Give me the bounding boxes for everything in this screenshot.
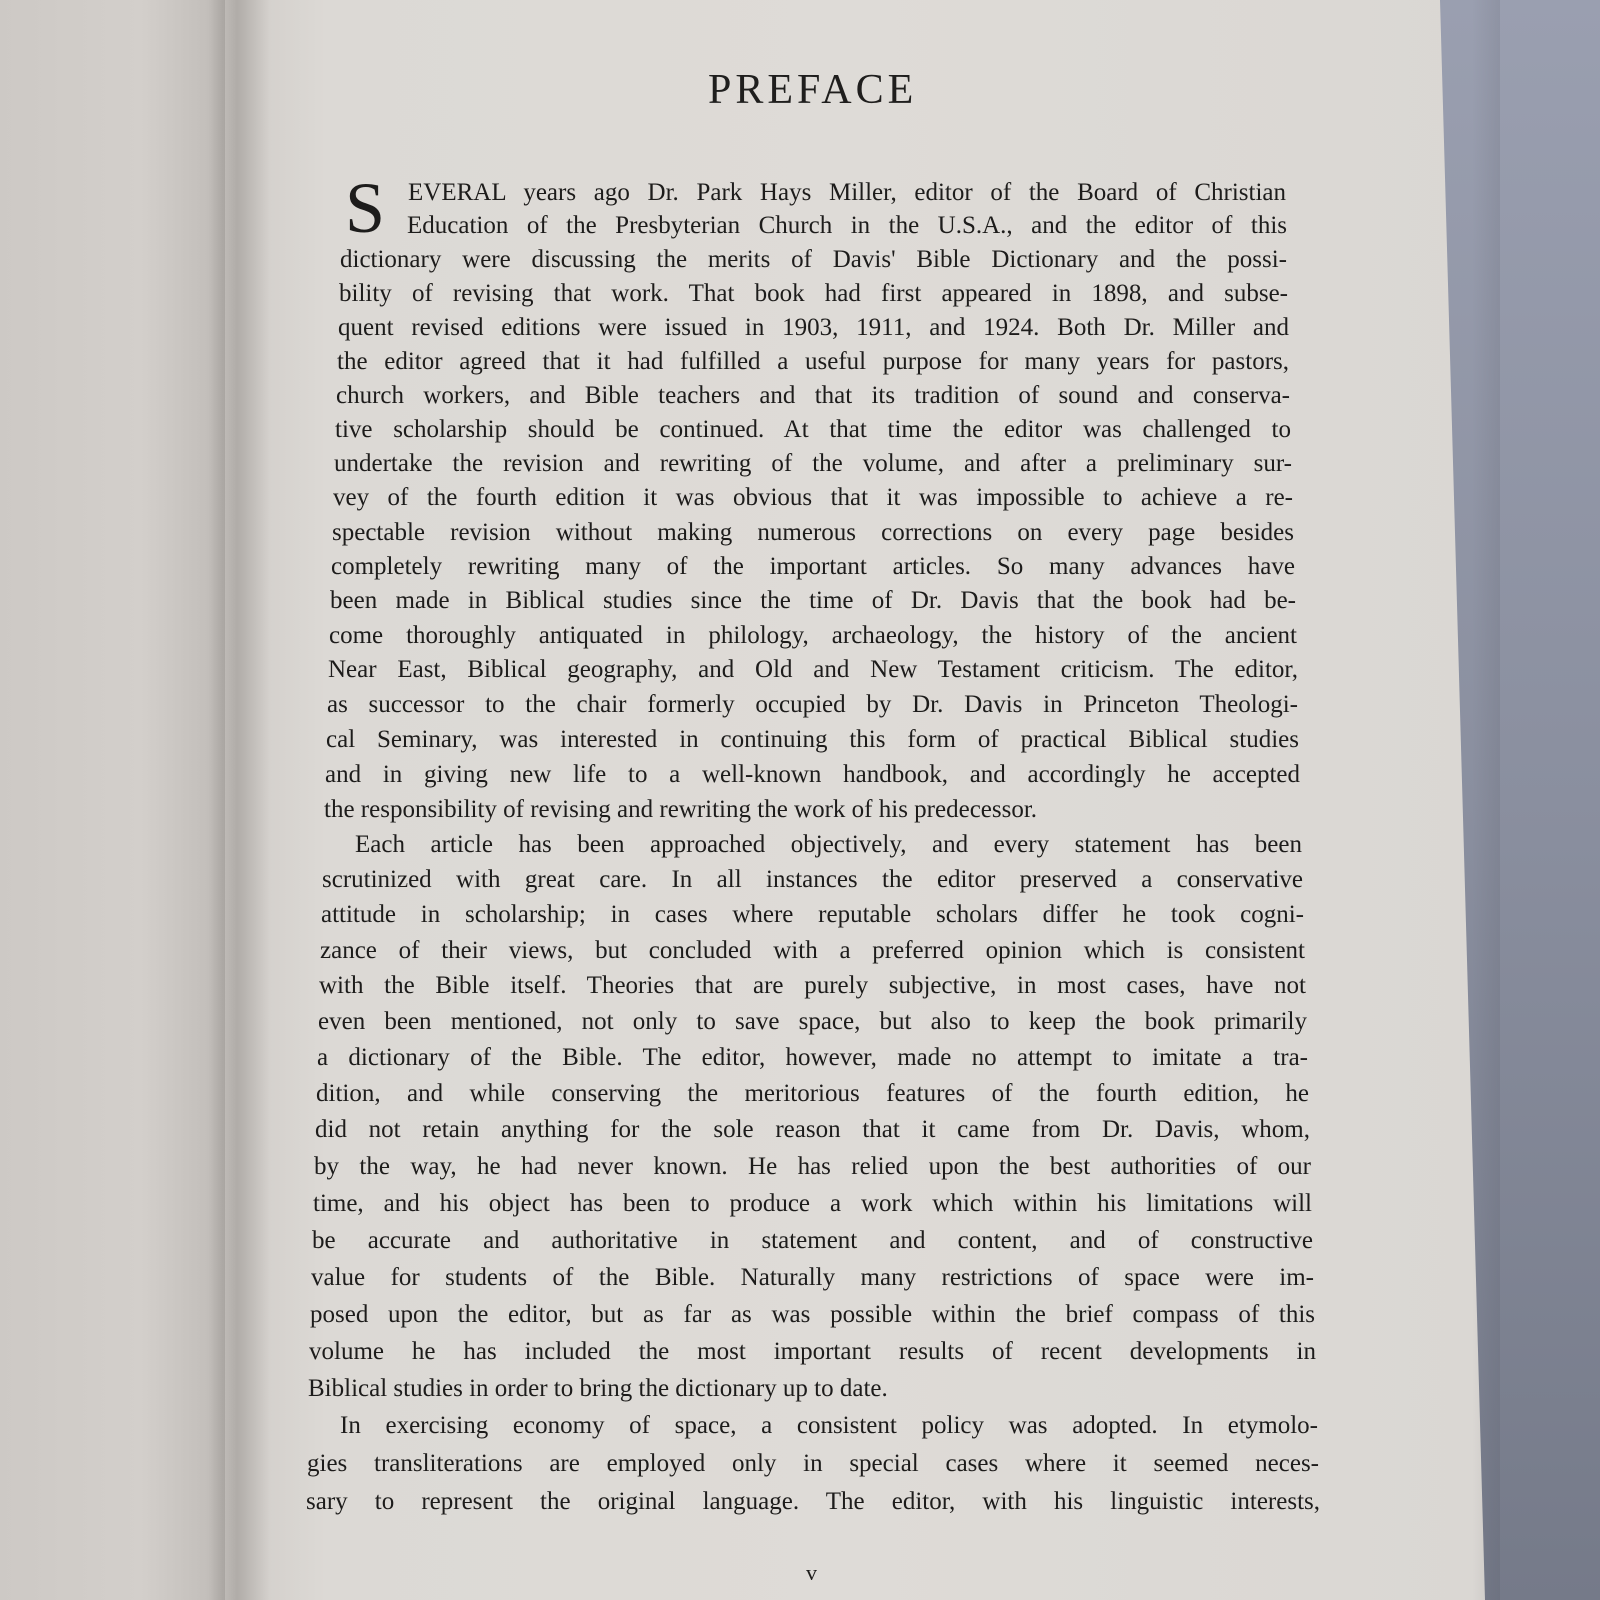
text-line: dictionary were discussing the merits of… [340, 245, 1287, 275]
text-line: time, and his object has been to produce… [313, 1189, 1312, 1219]
text-line: church workers, and Bible teachers and t… [336, 381, 1290, 411]
text-line: quent revised editions were issued in 19… [338, 313, 1289, 343]
page-title: PREFACE [708, 66, 917, 114]
text-line: completely rewriting many of the importa… [331, 552, 1295, 582]
text-line: spectable revision without making numero… [332, 518, 1294, 548]
text-line: the editor agreed that it had fulfilled … [337, 347, 1289, 377]
text-line: zance of their views, but concluded with… [320, 936, 1305, 966]
text-line: as successor to the chair formerly occup… [327, 690, 1298, 720]
text-line: the responsibility of revising and rewri… [324, 795, 1204, 825]
text-line: a dictionary of the Bible. The editor, h… [317, 1043, 1308, 1073]
text-line: with the Bible itself. Theories that are… [319, 971, 1306, 1001]
text-line: cal Seminary, was interested in continui… [326, 725, 1299, 755]
left-page [0, 0, 235, 1600]
text-line: volume he has included the most importan… [309, 1337, 1316, 1367]
text-line: vey of the fourth edition it was obvious… [333, 483, 1293, 513]
text-line: even been mentioned, not only to save sp… [318, 1007, 1307, 1037]
book-gutter [210, 0, 270, 1600]
text-line: undertake the revision and rewriting of … [334, 449, 1292, 479]
text-line: In exercising economy of space, a consis… [340, 1411, 1318, 1441]
text-line: EVERAL years ago Dr. Park Hays Miller, e… [408, 178, 1286, 208]
page-number: v [806, 1560, 817, 1586]
text-line: attitude in scholarship; in cases where … [321, 900, 1304, 930]
text-line: did not retain anything for the sole rea… [315, 1115, 1310, 1145]
text-line: value for students of the Bible. Natural… [311, 1263, 1314, 1293]
text-line: been made in Biblical studies since the … [330, 586, 1296, 616]
drop-cap: S [345, 172, 385, 244]
text-line: scrutinized with great care. In all inst… [322, 865, 1303, 895]
text-line: tive scholarship should be continued. At… [335, 415, 1291, 445]
text-line: bility of revising that work. That book … [339, 279, 1288, 309]
text-line: gies transliterations are employed only … [307, 1449, 1319, 1479]
text-line: dition, and while conserving the meritor… [316, 1079, 1309, 1109]
text-line: and in giving new life to a well-known h… [325, 760, 1300, 790]
text-line: by the way, he had never known. He has r… [314, 1152, 1311, 1182]
text-line: Near East, Biblical geography, and Old a… [328, 655, 1298, 685]
text-line: be accurate and authoritative in stateme… [312, 1226, 1313, 1256]
text-line: sary to represent the original language.… [306, 1487, 1320, 1517]
text-line: come thoroughly antiquated in philology,… [329, 621, 1297, 651]
text-line: posed upon the editor, but as far as was… [310, 1300, 1315, 1330]
text-line: Education of the Presbyterian Church in … [407, 211, 1287, 241]
text-line: Biblical studies in order to bring the d… [308, 1374, 1068, 1404]
text-line: Each article has been approached objecti… [355, 830, 1302, 860]
